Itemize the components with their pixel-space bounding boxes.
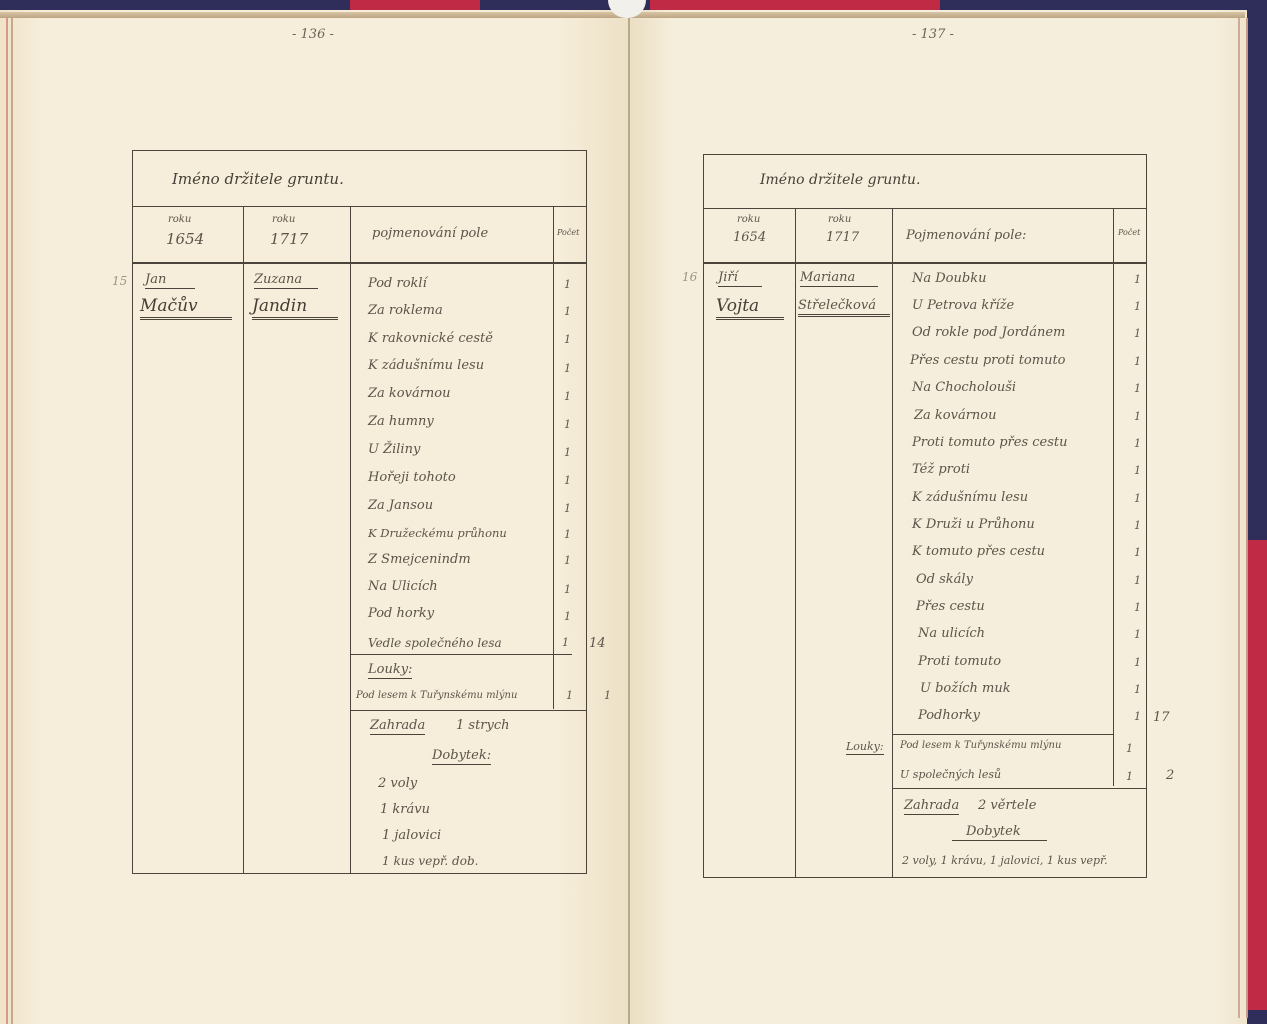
page-stack-right-edge bbox=[1238, 18, 1248, 1018]
field-count: 1 bbox=[564, 362, 571, 375]
holder-1717-first-name: Mariana bbox=[800, 270, 878, 287]
header-divider bbox=[132, 262, 587, 264]
holder-1654-first-name: Jan bbox=[145, 272, 195, 289]
holder-1717-last-name: Jandin bbox=[252, 296, 338, 320]
column-header-year-label: roku bbox=[737, 214, 760, 225]
holder-header-title: Iméno držitele gruntu. bbox=[760, 172, 920, 188]
field-count: 1 bbox=[564, 278, 571, 291]
entry-number: 15 bbox=[112, 274, 127, 288]
livestock-item: 2 voly bbox=[378, 776, 417, 791]
field-count: 1 bbox=[1134, 437, 1141, 450]
field-name: K rakovnické cestě bbox=[368, 331, 493, 346]
livestock-item: 1 krávu bbox=[380, 802, 430, 817]
column-divider bbox=[553, 206, 554, 709]
column-divider bbox=[1113, 208, 1114, 786]
field-name: Na Doubku bbox=[912, 271, 986, 286]
field-count: 1 bbox=[1134, 601, 1141, 614]
column-header-year: 1654 bbox=[166, 230, 204, 248]
livestock-label: Dobytek: bbox=[432, 748, 491, 765]
field-name: U božích muk bbox=[920, 681, 1011, 696]
field-name: Též proti bbox=[912, 462, 970, 477]
field-count: 1 bbox=[1134, 464, 1141, 477]
field-name: U Žiliny bbox=[368, 442, 420, 457]
meadow-count: 1 bbox=[1126, 770, 1133, 783]
field-name: Pod horky bbox=[368, 606, 434, 621]
field-count: 1 bbox=[564, 333, 571, 346]
field-name: K zádušnímu lesu bbox=[912, 490, 1028, 505]
column-header-year: 1717 bbox=[826, 230, 859, 245]
field-count: 1 bbox=[1134, 710, 1141, 723]
column-header-year-label: roku bbox=[272, 214, 295, 225]
field-name: Na Chocholouši bbox=[912, 380, 1016, 395]
field-count: 1 bbox=[564, 418, 571, 431]
field-name: K zádušnímu lesu bbox=[368, 358, 484, 373]
fields-total: 17 bbox=[1153, 710, 1170, 725]
livestock-line: 2 voly, 1 krávu, 1 jalovici, 1 kus vepř. bbox=[902, 854, 1108, 867]
field-count: 1 bbox=[564, 390, 571, 403]
field-count: 1 bbox=[564, 502, 571, 515]
header-divider bbox=[132, 206, 587, 207]
column-header-year: 1654 bbox=[733, 230, 766, 245]
column-header-year-label: roku bbox=[168, 214, 191, 225]
garden-value: 1 strych bbox=[456, 718, 510, 733]
holder-header-title: Iméno držitele gruntu. bbox=[172, 170, 344, 188]
section-divider bbox=[892, 788, 1147, 789]
field-count: 1 bbox=[562, 636, 569, 649]
field-count: 1 bbox=[1134, 410, 1141, 423]
field-count: 1 bbox=[564, 446, 571, 459]
meadows-label: Louky: bbox=[368, 662, 412, 679]
holder-1654-first-name: Jiří bbox=[718, 270, 762, 287]
field-name: Na Ulicích bbox=[368, 579, 438, 594]
field-name: Za humny bbox=[368, 414, 434, 429]
column-divider bbox=[243, 206, 244, 873]
field-name: Proti tomuto bbox=[918, 654, 1001, 669]
field-count: 1 bbox=[1134, 492, 1141, 505]
meadow-name: Pod lesem k Tuřynskému mlýnu bbox=[356, 690, 517, 701]
meadow-count: 1 bbox=[566, 689, 573, 702]
holder-1654-last-name: Vojta bbox=[716, 296, 784, 320]
field-name: K Družeckému průhonu bbox=[368, 526, 507, 540]
fields-total: 14 bbox=[589, 636, 606, 651]
field-name: Za kovárnou bbox=[914, 408, 997, 423]
entry-number: 16 bbox=[682, 270, 697, 284]
garden-label: Zahrada bbox=[370, 718, 425, 735]
holder-1717-last-name: Střelečková bbox=[798, 298, 890, 317]
holder-1654-last-name: Mačův bbox=[140, 296, 232, 320]
field-count: 1 bbox=[564, 554, 571, 567]
page-number: - 137 - bbox=[912, 27, 954, 42]
garden-label: Zahrada bbox=[904, 798, 959, 815]
column-header-field-name: Pojmenování pole: bbox=[906, 228, 1026, 243]
field-name: Hořeji tohoto bbox=[368, 470, 456, 485]
meadow-name: U společných lesů bbox=[900, 768, 1001, 781]
field-count: 1 bbox=[1134, 574, 1141, 587]
field-count: 1 bbox=[1134, 546, 1141, 559]
field-name: Za kovárnou bbox=[368, 386, 451, 401]
page-number: - 136 - bbox=[292, 27, 334, 42]
meadows-total: 2 bbox=[1166, 768, 1174, 783]
page-stack-left-edge bbox=[6, 18, 13, 1024]
field-name: K tomuto přes cestu bbox=[912, 544, 1045, 559]
field-name: Přes cestu bbox=[916, 599, 985, 614]
section-divider bbox=[350, 654, 572, 655]
field-name: Za roklema bbox=[368, 303, 443, 318]
field-name: Vedle společného lesa bbox=[368, 636, 502, 650]
column-header-field-name: pojmenování pole bbox=[372, 226, 488, 241]
column-header-count: Počet bbox=[557, 228, 579, 237]
field-name: Podhorky bbox=[918, 708, 980, 723]
meadows-total: 1 bbox=[604, 689, 611, 702]
field-count: 1 bbox=[564, 583, 571, 596]
livestock-item: 1 kus vepř. dob. bbox=[382, 854, 478, 868]
field-name: Přes cestu proti tomuto bbox=[910, 353, 1066, 368]
section-divider bbox=[350, 710, 587, 711]
field-name: Za Jansou bbox=[368, 498, 433, 513]
field-count: 1 bbox=[1134, 628, 1141, 641]
book-spine bbox=[628, 12, 630, 1024]
livestock-label: Dobytek bbox=[952, 824, 1047, 841]
field-name: Od rokle pod Jordánem bbox=[912, 325, 1065, 340]
meadows-label: Louky: bbox=[846, 740, 884, 755]
holder-1717-first-name: Zuzana bbox=[254, 272, 318, 289]
field-count: 1 bbox=[564, 610, 571, 623]
field-name: U Petrova kříže bbox=[912, 298, 1014, 313]
column-header-year: 1717 bbox=[270, 230, 308, 248]
field-count: 1 bbox=[1134, 273, 1141, 286]
field-count: 1 bbox=[1134, 683, 1141, 696]
field-count: 1 bbox=[1134, 656, 1141, 669]
field-name: Z Smejcenindm bbox=[368, 552, 471, 567]
header-divider bbox=[703, 208, 1147, 209]
field-count: 1 bbox=[1134, 300, 1141, 313]
field-count: 1 bbox=[1134, 327, 1141, 340]
field-count: 1 bbox=[1134, 355, 1141, 368]
field-name: Pod roklí bbox=[368, 276, 427, 291]
field-name: K Druži u Průhonu bbox=[912, 517, 1035, 532]
field-count: 1 bbox=[564, 528, 571, 541]
column-divider bbox=[892, 208, 893, 877]
field-count: 1 bbox=[564, 474, 571, 487]
field-count: 1 bbox=[1134, 519, 1141, 532]
section-divider bbox=[892, 734, 1113, 735]
field-name: Na ulicích bbox=[918, 626, 985, 641]
field-count: 1 bbox=[1134, 382, 1141, 395]
cover-red-stripe bbox=[1245, 540, 1267, 1010]
garden-value: 2 věrtele bbox=[978, 798, 1036, 813]
column-divider bbox=[795, 208, 796, 877]
field-count: 1 bbox=[564, 305, 571, 318]
column-header-year-label: roku bbox=[828, 214, 851, 225]
field-name: Od skály bbox=[916, 572, 973, 587]
ledger-table bbox=[132, 150, 587, 874]
column-divider bbox=[350, 206, 351, 873]
meadow-count: 1 bbox=[1126, 742, 1133, 755]
header-divider bbox=[703, 262, 1147, 264]
field-name: Proti tomuto přes cestu bbox=[912, 435, 1068, 450]
column-header-count: Počet bbox=[1118, 228, 1140, 237]
meadow-name: Pod lesem k Tuřynskému mlýnu bbox=[900, 740, 1061, 751]
livestock-item: 1 jalovici bbox=[382, 828, 441, 843]
